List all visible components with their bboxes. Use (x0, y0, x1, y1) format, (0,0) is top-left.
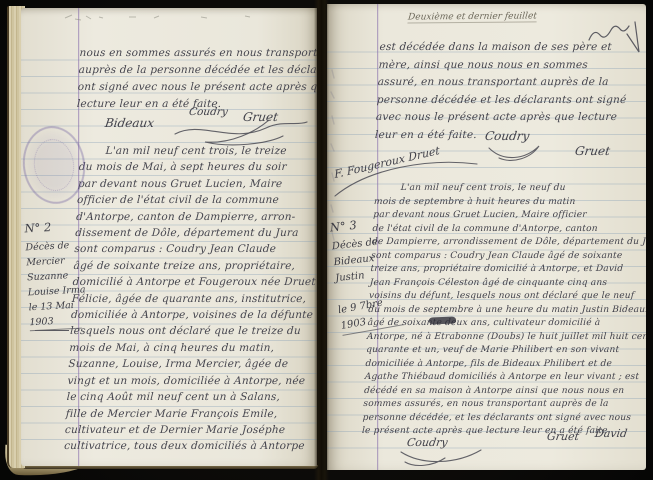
act-3-body-text: L'an mil neuf cent trois, le neuf dumois… (362, 182, 642, 439)
signature-gruet: Gruet (574, 144, 611, 158)
signature-gruet: Gruet (546, 430, 580, 443)
signature-flourish (397, 448, 487, 468)
corner-paraphe-mark (583, 10, 645, 60)
page-header-annotation: Deuxième et dernier feuillet (407, 11, 537, 23)
scanned-register-spread: N° 2 Décès deMercierSuzanneLouise Irma l… (0, 0, 653, 480)
act-2-body-text: L'an mil neuf cent trois, le treizedu mo… (64, 143, 317, 455)
margin-note-separator (35, 330, 69, 331)
right-page: Deuxième et dernier feuillet N° 3 Décès … (327, 4, 646, 470)
signature-coudry: Coudry (188, 106, 228, 118)
act-number: N° 2 (24, 219, 77, 237)
left-page: N° 2 Décès deMercierSuzanneLouise Irma l… (21, 8, 317, 466)
signature-bideaux: Bideaux (104, 116, 155, 130)
signature-flourish (171, 118, 311, 148)
signature-david: David (594, 427, 628, 440)
act-2-closing-text: nous en sommes assurés en nous transport… (76, 45, 315, 113)
signature-flourish (329, 154, 481, 198)
signature-coudry: Coudry (484, 129, 530, 143)
ink-correction-blot (429, 317, 456, 325)
book-gutter-shadow (314, 0, 329, 480)
signature-flourish (487, 142, 547, 164)
pencil-scribble (61, 10, 271, 26)
